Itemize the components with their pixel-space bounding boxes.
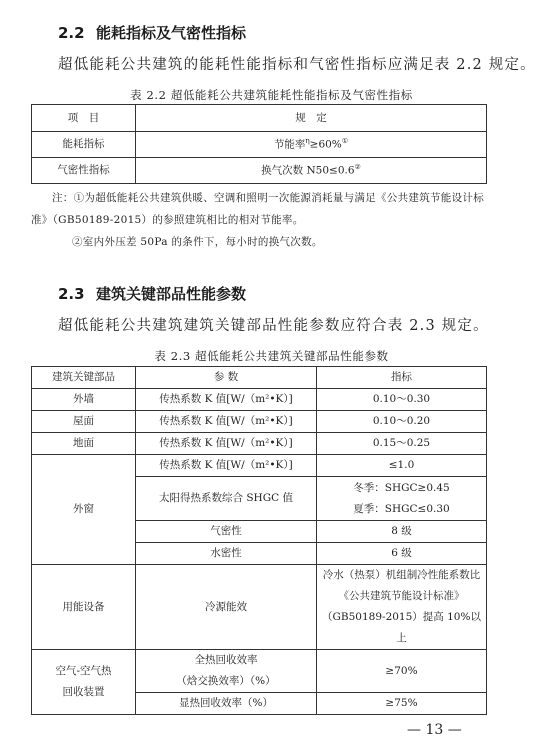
value-cell: ≥70%: [317, 650, 487, 693]
value-cell: 冷水（热泵）机组制冷性能系数比 《公共建筑节能设计标准》 （GB50189-20…: [317, 565, 487, 650]
table-header-row: 建筑关键部品 参 数 指标: [32, 367, 487, 389]
note-line: 注：①为超低能耗公共建筑供暖、空调和照明一次能源消耗量与满足《公共建筑节能设计标: [52, 190, 484, 205]
section-title: 能耗指标及气密性指标: [96, 24, 246, 42]
header-cell: 项 目: [32, 105, 136, 132]
section-number: 2.3: [58, 285, 96, 303]
param-cell: 传热系数 K 值[W/（m²•K）]: [136, 433, 317, 455]
item-cell: 能耗指标: [32, 132, 136, 158]
value-cell: 冬季：SHGC≥0.45 夏季：SHGC≤0.30: [317, 477, 487, 521]
item-cell: 气密性指标: [32, 158, 136, 184]
table-row: 屋面 传热系数 K 值[W/（m²•K）] 0.10～0.20: [32, 411, 487, 433]
value-cell: 0.10～0.20: [317, 411, 487, 433]
param-cell: 传热系数 K 值[W/（m²•K）]: [136, 411, 317, 433]
param-cell: 气密性: [136, 521, 317, 543]
param-cell: 冷源能效: [136, 565, 317, 650]
table-2-2-caption: 表 2.2 超低能耗公共建筑能耗性能指标及气密性指标: [0, 87, 543, 103]
table-row: 外墙 传热系数 K 值[W/（m²•K）] 0.10～0.30: [32, 389, 487, 411]
section-number: 2.2: [58, 24, 96, 42]
table-row: 用能设备 冷源能效 冷水（热泵）机组制冷性能系数比 《公共建筑节能设计标准》 （…: [32, 565, 487, 650]
section-2-3-paragraph: 超低能耗公共建筑建筑关键部品性能参数应符合表 2.3 规定。: [58, 314, 489, 335]
table-row: 外窗 传热系数 K 值[W/（m²•K）] ≤1.0: [32, 455, 487, 477]
footnote-marker: ①: [342, 137, 348, 145]
table-row: 能耗指标 节能率η≥60%①: [32, 132, 487, 158]
part-cell: 空气-空气热 回收装置: [32, 650, 136, 715]
table-row: 空气-空气热 回收装置 全热回收效率 （焓交换效率）（%） ≥70%: [32, 650, 487, 693]
note-line: 准》（GB50189-2015）的参照建筑相比的相对节能率。: [31, 212, 304, 227]
param-cell: 传热系数 K 值[W/（m²•K）]: [136, 455, 317, 477]
value-cell: ≥75%: [317, 693, 487, 715]
value-cell: 8 级: [317, 521, 487, 543]
param-cell: 全热回收效率 （焓交换效率）（%）: [136, 650, 317, 693]
part-cell: 地面: [32, 433, 136, 455]
section-2-2-heading: 2.2能耗指标及气密性指标: [58, 22, 246, 43]
header-cell: 参 数: [136, 367, 317, 389]
table-2-3: 建筑关键部品 参 数 指标 外墙 传热系数 K 值[W/（m²•K）] 0.10…: [31, 366, 487, 715]
header-cell: 规 定: [136, 105, 487, 132]
section-2-2-paragraph: 超低能耗公共建筑的能耗性能指标和气密性指标应满足表 2.2 规定。: [58, 53, 536, 74]
footnote-marker: ②: [355, 163, 361, 171]
param-cell: 传热系数 K 值[W/（m²•K）]: [136, 389, 317, 411]
part-cell: 外墙: [32, 389, 136, 411]
spec-cell: 节能率η≥60%①: [136, 132, 487, 158]
value-cell: 0.10～0.30: [317, 389, 487, 411]
value-cell: 0.15～0.25: [317, 433, 487, 455]
section-2-3-heading: 2.3建筑关键部品性能参数: [58, 283, 246, 304]
page-number: — 13 —: [407, 722, 462, 738]
table-2-2: 项 目 规 定 能耗指标 节能率η≥60%① 气密性指标 换气次数 N50≤0.…: [31, 104, 487, 184]
section-title: 建筑关键部品性能参数: [96, 285, 246, 303]
value-cell: ≤1.0: [317, 455, 487, 477]
table-row: 地面 传热系数 K 值[W/（m²•K）] 0.15～0.25: [32, 433, 487, 455]
table-header-row: 项 目 规 定: [32, 105, 487, 132]
note-line: ②室内外压差 50Pa 的条件下，每小时的换气次数。: [72, 234, 323, 249]
table-row: 气密性指标 换气次数 N50≤0.6②: [32, 158, 487, 184]
param-cell: 水密性: [136, 543, 317, 565]
param-cell: 显热回收效率（%）: [136, 693, 317, 715]
part-cell: 外窗: [32, 455, 136, 565]
header-cell: 建筑关键部品: [32, 367, 136, 389]
param-cell: 太阳得热系数综合 SHGC 值: [136, 477, 317, 521]
table-2-3-caption: 表 2.3 超低能耗公共建筑关键部品性能参数: [0, 348, 543, 364]
part-cell: 屋面: [32, 411, 136, 433]
header-cell: 指标: [317, 367, 487, 389]
spec-cell: 换气次数 N50≤0.6②: [136, 158, 487, 184]
part-cell: 用能设备: [32, 565, 136, 650]
value-cell: 6 级: [317, 543, 487, 565]
